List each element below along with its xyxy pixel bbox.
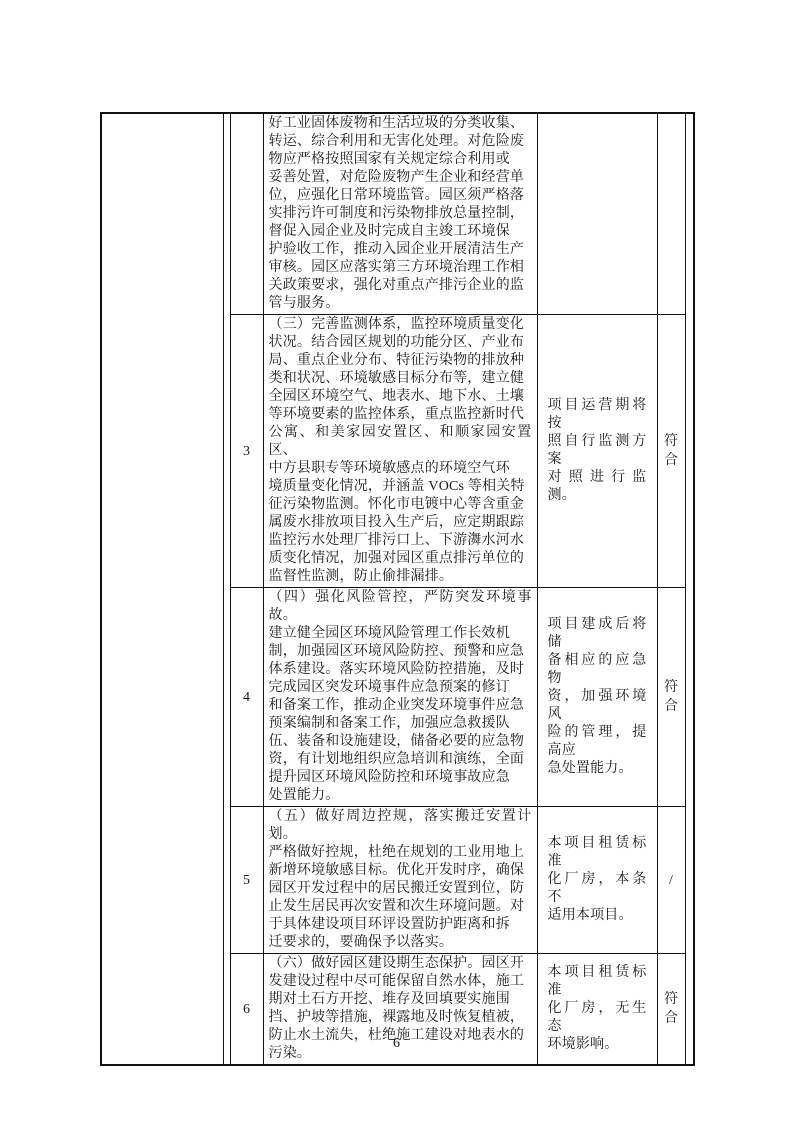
implementation-cell: 本项目租赁标准 化厂房，本条不 适用本项目。 <box>537 807 657 954</box>
left-margin-cell <box>101 113 223 1065</box>
requirement-text-cell: （四）强化风险管控，严防突发环境事故。 建立健全园区环境风险管理工作长效机 制，… <box>263 588 537 807</box>
implementation-text: 本项目租赁标准 化厂房，本条不 适用本项目。 <box>548 835 647 925</box>
seq-number-cell: 5 <box>230 807 263 954</box>
compliance-table: 好工业固体废物和生活垃圾的分类收集、 转运、综合利用和无害化处理。对危险废 物应… <box>100 112 695 1066</box>
conformity-text: 符合 <box>659 432 684 470</box>
right-spacer-cell <box>685 113 694 1065</box>
implementation-text: 项目运营期将按 照自行监测方案 对照进行监测。 <box>548 397 647 505</box>
implementation-cell: 项目建成后将储 备相应的应急物 资，加强环境风 险的管理，提高应 急处置能力。 <box>537 588 657 807</box>
seq-number: 4 <box>231 688 263 707</box>
requirement-text: （四）强化风险管控，严防突发环境事故。 建立健全园区环境风险管理工作长效机 制，… <box>269 589 532 805</box>
conformity-cell: 符合 <box>657 588 685 807</box>
seq-number-cell: 4 <box>230 588 263 807</box>
document-page: 好工业固体废物和生活垃圾的分类收集、 转运、综合利用和无害化处理。对危险废 物应… <box>0 0 793 1122</box>
conformity-text: 符合 <box>659 678 684 716</box>
table-row: 好工业固体废物和生活垃圾的分类收集、 转运、综合利用和无害化处理。对危险废 物应… <box>101 113 694 315</box>
requirement-text: 好工业固体废物和生活垃圾的分类收集、 转运、综合利用和无害化处理。对危险废 物应… <box>269 115 532 313</box>
implementation-text: 项目建成后将储 备相应的应急物 资，加强环境风 险的管理，提高应 急处置能力。 <box>548 616 647 778</box>
conformity-cell: / <box>657 807 685 954</box>
conformity-text: 符合 <box>659 990 684 1028</box>
seq-number-cell <box>230 113 263 315</box>
page-number: 6 <box>0 1035 793 1053</box>
conformity-cell <box>657 113 685 315</box>
conformity-text: / <box>659 871 684 890</box>
seq-number-cell: 3 <box>230 315 263 588</box>
conformity-cell: 符合 <box>657 315 685 588</box>
requirement-text-cell: 好工业固体废物和生活垃圾的分类收集、 转运、综合利用和无害化处理。对危险废 物应… <box>263 113 537 315</box>
requirement-text-cell: （三）完善监测体系，监控环境质量变化 状况。结合园区规划的功能分区、产业布 局、… <box>263 315 537 588</box>
seq-number: 5 <box>231 871 263 890</box>
seq-number: 3 <box>231 442 263 461</box>
implementation-cell <box>537 113 657 315</box>
seq-number: 6 <box>231 1000 263 1019</box>
requirement-text: （三）完善监测体系，监控环境质量变化 状况。结合园区规划的功能分区、产业布 局、… <box>269 316 532 586</box>
requirement-text-cell: （五）做好周边控规，落实搬迁安置计划。 严格做好控规，杜绝在规划的工业用地上 新… <box>263 807 537 954</box>
requirement-text: （五）做好周边控规，落实搬迁安置计划。 严格做好控规，杜绝在规划的工业用地上 新… <box>269 808 532 952</box>
implementation-cell: 项目运营期将按 照自行监测方案 对照进行监测。 <box>537 315 657 588</box>
left-spacer-cell <box>223 113 230 1065</box>
